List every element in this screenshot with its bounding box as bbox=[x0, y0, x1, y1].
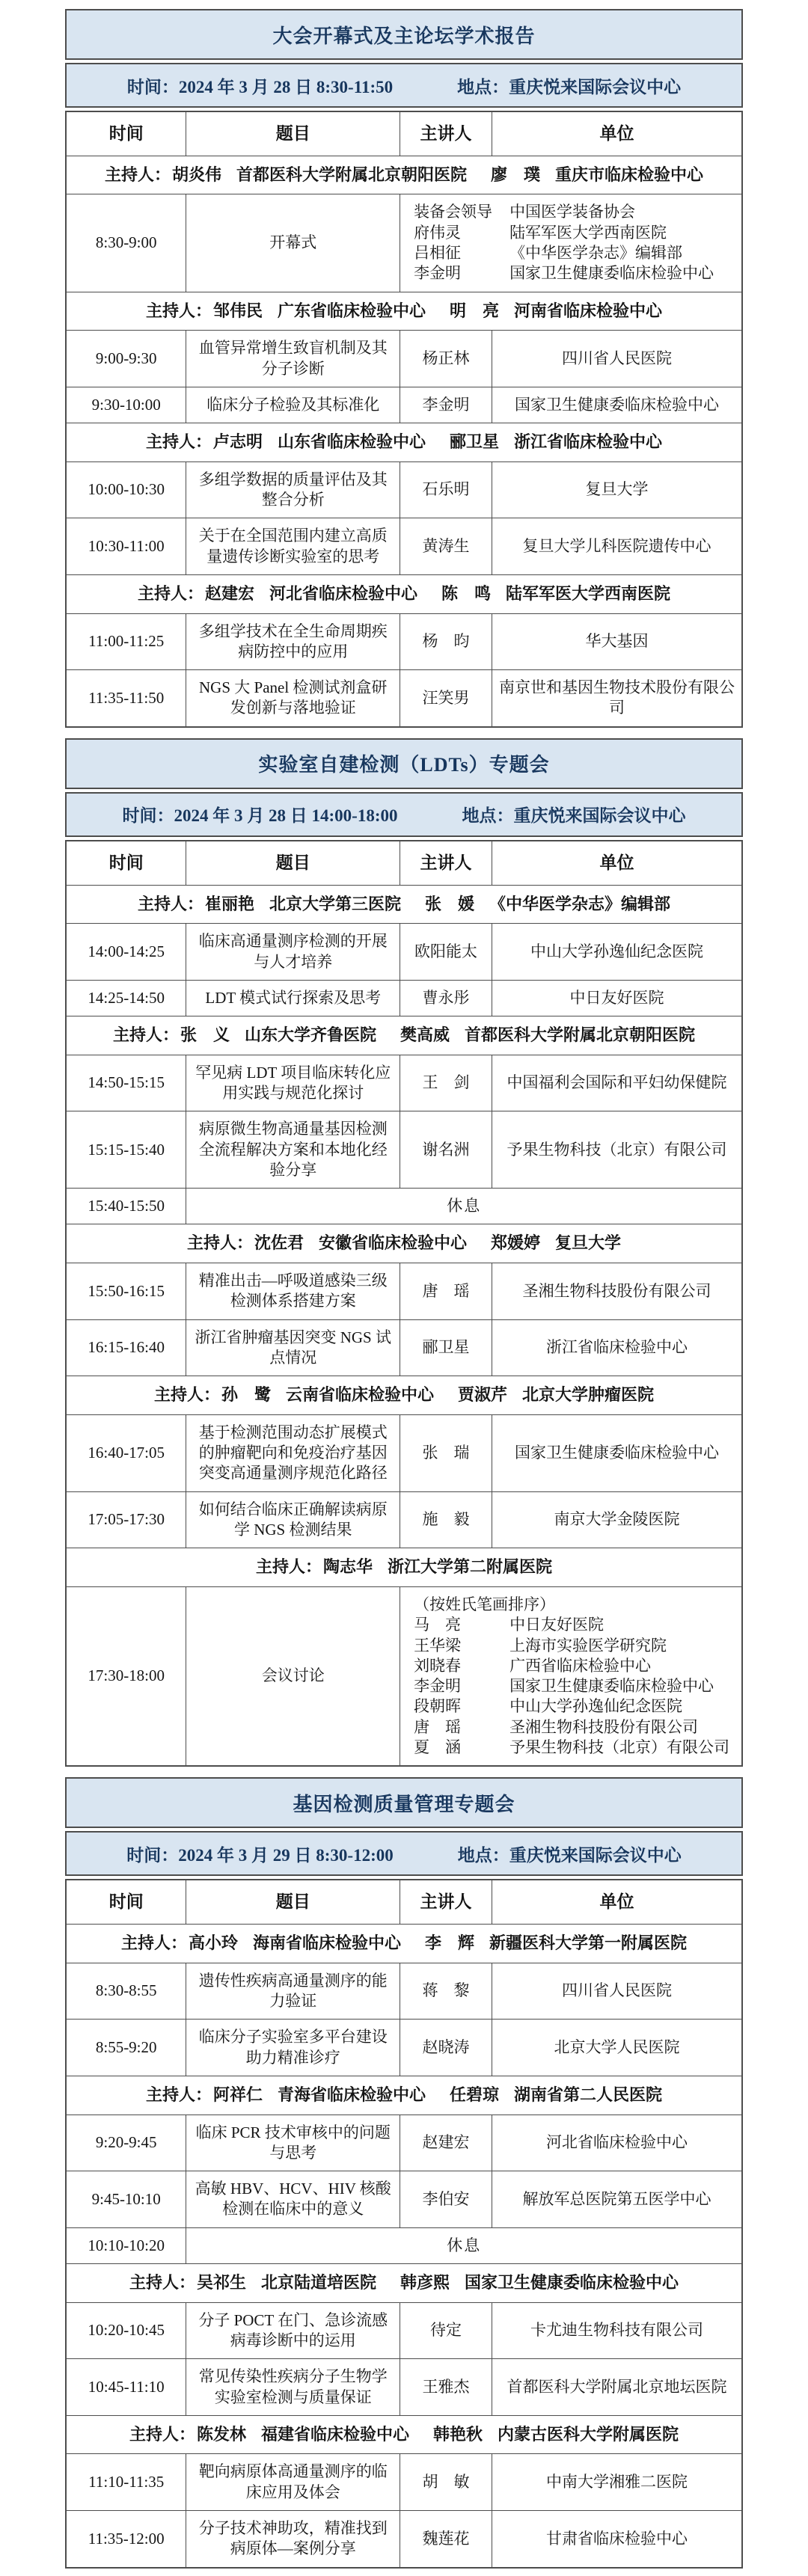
chair-cell: 主持人：高小玲海南省临床检验中心李 辉新疆医科大学第一附属医院 bbox=[66, 1925, 742, 1963]
column-header-2: 主讲人 bbox=[400, 111, 492, 156]
chair-cell: 主持人：胡炎伟首都医科大学附属北京朝阳医院廖 璞重庆市临床检验中心 bbox=[66, 156, 742, 194]
chair-pair: 李 辉新疆医科大学第一附属医院 bbox=[425, 1933, 687, 1952]
chair-pair: 邹伟民广东省临床检验中心 bbox=[213, 301, 426, 320]
speaker-name: 府伟灵 bbox=[414, 223, 509, 243]
session-time: 10:00-10:30 bbox=[66, 461, 186, 518]
session-title: 临床分子检验及其标准化 bbox=[186, 387, 400, 423]
chair-cell: 主持人：陈发林福建省临床检验中心韩艳秋内蒙古医科大学附属医院 bbox=[66, 2415, 742, 2454]
section-title: 实验室自建检测（LDTs）专题会 bbox=[65, 738, 743, 789]
column-header-3: 单位 bbox=[492, 111, 743, 156]
session-row: 10:30-11:00关于在全国范围内建立高质量遗传诊断实验室的思考黄涛生复旦大… bbox=[66, 518, 742, 575]
session-row: 9:45-10:10高敏 HBV、HCV、HIV 核酸检测在临床中的意义李伯安解… bbox=[66, 2171, 742, 2228]
location-value: 重庆悦来国际会议中心 bbox=[509, 1846, 682, 1865]
chair-name: 陈 鸣 bbox=[441, 584, 491, 603]
chair-affiliation: 福建省临床检验中心 bbox=[261, 2425, 409, 2444]
column-header-3: 单位 bbox=[492, 1880, 743, 1924]
section-location: 地点：重庆悦来国际会议中心 bbox=[458, 1841, 682, 1866]
session-title: 会议讨论 bbox=[186, 1586, 400, 1766]
session-row: 11:10-11:35靶向病原体高通量测序的临床应用及体会胡 敏中南大学湘雅二医… bbox=[66, 2454, 742, 2511]
chair-pair: 高小玲海南省临床检验中心 bbox=[189, 1933, 401, 1952]
speaker-affiliation: 中日友好医院 bbox=[509, 1615, 737, 1635]
session-organization: 浙江省临床检验中心 bbox=[492, 1319, 743, 1376]
session-speaker: 蒋 黎 bbox=[400, 1963, 492, 2020]
session-row: 14:00-14:25临床高通量测序检测的开展与人才培养欧阳能太中山大学孙逸仙纪… bbox=[66, 924, 742, 981]
session-time: 10:45-11:10 bbox=[66, 2359, 186, 2416]
session-row: 10:20-10:45分子 POCT 在门、急诊流感病毒诊断中的运用待定卡尤迪生… bbox=[66, 2302, 742, 2359]
column-header-0: 时间 bbox=[66, 111, 186, 156]
chair-name: 韩艳秋 bbox=[433, 2425, 483, 2444]
column-header-1: 题目 bbox=[186, 1880, 400, 1924]
chair-prefix: 主持人： bbox=[146, 2085, 212, 2104]
session-organization: 北京大学人民医院 bbox=[492, 2020, 743, 2076]
chair-pair: 崔丽艳北京大学第三医院 bbox=[205, 895, 401, 913]
chair-name: 卢志明 bbox=[213, 432, 263, 451]
session-speaker: 胡 敏 bbox=[400, 2454, 492, 2511]
session-title: 基于检测范围动态扩展模式的肿瘤靶向和免疫治疗基因突变高通量测序规范化路径 bbox=[186, 1414, 400, 1491]
chair-name: 明 亮 bbox=[450, 301, 499, 320]
chair-pair: 孙 鹭云南省临床检验中心 bbox=[221, 1385, 434, 1404]
speaker-affiliation: 陆军军医大学西南医院 bbox=[509, 223, 737, 243]
speaker-affiliation: 国家卫生健康委临床检验中心 bbox=[509, 1676, 737, 1696]
column-header-2: 主讲人 bbox=[400, 1880, 492, 1924]
chair-pair: 郑媛婷复旦大学 bbox=[491, 1233, 621, 1252]
speaker-name: 马 亮 bbox=[414, 1615, 509, 1635]
session-time: 9:30-10:00 bbox=[66, 387, 186, 423]
chair-name: 张 媛 bbox=[425, 895, 474, 913]
session-organization: 首都医科大学附属北京地坛医院 bbox=[492, 2359, 743, 2416]
chair-prefix: 主持人： bbox=[113, 1025, 179, 1044]
time-value: 2024 年 3 月 29 日 8:30-12:00 bbox=[178, 1846, 393, 1865]
section-time: 时间：2024 年 3 月 29 日 8:30-12:00 bbox=[126, 1841, 393, 1866]
time-value: 2024 年 3 月 28 日 8:30-11:50 bbox=[179, 78, 393, 96]
chair-prefix: 主持人： bbox=[138, 895, 203, 913]
session-title: 常见传染性疾病分子生物学实验室检测与质量保证 bbox=[186, 2359, 400, 2416]
session-title: 分子 POCT 在门、急诊流感病毒诊断中的运用 bbox=[186, 2302, 400, 2359]
chair-pair: 贾淑芹北京大学肿瘤医院 bbox=[458, 1385, 654, 1404]
speaker-line: 马 亮中日友好医院 bbox=[414, 1615, 737, 1635]
column-header-3: 单位 bbox=[492, 841, 743, 885]
speaker-line: 吕相征《中华医学杂志》编辑部 bbox=[414, 243, 737, 263]
chair-affiliation: 北京陆道培医院 bbox=[261, 2273, 376, 2292]
chair-affiliation: 重庆市临床检验中心 bbox=[555, 165, 703, 184]
chair-affiliation: 复旦大学 bbox=[555, 1233, 621, 1252]
session-title: 分子技术神助攻，精准找到病原体—案例分享 bbox=[186, 2511, 400, 2568]
location-value: 重庆悦来国际会议中心 bbox=[509, 78, 681, 96]
chair-name: 贾淑芹 bbox=[458, 1385, 507, 1404]
speaker-name: 李金明 bbox=[414, 1676, 509, 1696]
chair-row: 主持人：卢志明山东省临床检验中心郦卫星浙江省临床检验中心 bbox=[66, 423, 742, 462]
session-title: 如何结合临床正确解读病原学 NGS 检测结果 bbox=[186, 1491, 400, 1548]
chair-name: 邹伟民 bbox=[213, 301, 263, 320]
chair-pair: 陈发林福建省临床检验中心 bbox=[197, 2425, 409, 2444]
chair-cell: 主持人：崔丽艳北京大学第三医院张 媛《中华医学杂志》编辑部 bbox=[66, 885, 742, 924]
chair-name: 吴祁生 bbox=[197, 2273, 246, 2292]
chair-row: 主持人：阿祥仁青海省临床检验中心任碧琼湖南省第二人民医院 bbox=[66, 2076, 742, 2115]
session-organization: 解放军总医院第五医学中心 bbox=[492, 2171, 743, 2228]
session-organization: 河北省临床检验中心 bbox=[492, 2115, 743, 2171]
chair-row: 主持人：邹伟民广东省临床检验中心明 亮河南省临床检验中心 bbox=[66, 292, 742, 331]
chair-cell: 主持人：赵建宏河北省临床检验中心陈 鸣陆军军医大学西南医院 bbox=[66, 574, 742, 613]
chair-name: 廖 璞 bbox=[491, 165, 540, 184]
chair-name: 张 义 bbox=[180, 1025, 230, 1044]
chair-pair: 韩彦熙国家卫生健康委临床检验中心 bbox=[400, 2273, 679, 2292]
session-row: 11:35-11:50NGS 大 Panel 检测试剂盒研发创新与落地验证汪笑男… bbox=[66, 670, 742, 727]
chair-affiliation: 新疆医科大学第一附属医院 bbox=[489, 1933, 687, 1952]
chair-row: 主持人：吴祁生北京陆道培医院韩彦熙国家卫生健康委临床检验中心 bbox=[66, 2264, 742, 2303]
chair-cell: 主持人：沈佐君安徽省临床检验中心郑媛婷复旦大学 bbox=[66, 1224, 742, 1263]
session-speaker: 魏莲花 bbox=[400, 2511, 492, 2568]
session-row: 15:50-16:15精准出击—呼吸道感染三级检测体系搭建方案唐 瑶圣湘生物科技… bbox=[66, 1263, 742, 1320]
chair-row: 主持人：胡炎伟首都医科大学附属北京朝阳医院廖 璞重庆市临床检验中心 bbox=[66, 156, 742, 194]
location-label: 地点： bbox=[458, 1846, 509, 1865]
agenda-section-3: 基因检测质量管理专题会时间：2024 年 3 月 29 日 8:30-12:00… bbox=[65, 1777, 743, 2568]
chair-affiliation: 国家卫生健康委临床检验中心 bbox=[465, 2273, 679, 2292]
session-speaker: 待定 bbox=[400, 2302, 492, 2359]
session-organization: 国家卫生健康委临床检验中心 bbox=[492, 1414, 743, 1491]
chair-pair: 廖 璞重庆市临床检验中心 bbox=[491, 165, 703, 184]
speakers-note: （按姓氏笔画排序） bbox=[414, 1595, 737, 1615]
session-title: 靶向病原体高通量测序的临床应用及体会 bbox=[186, 2454, 400, 2511]
session-time: 16:40-17:05 bbox=[66, 1414, 186, 1491]
section-title: 大会开幕式及主论坛学术报告 bbox=[65, 9, 743, 60]
session-row: 14:50-15:15罕见病 LDT 项目临床转化应用实践与规范化探讨王 剑中国… bbox=[66, 1055, 742, 1111]
session-speaker: 王雅杰 bbox=[400, 2359, 492, 2416]
session-time: 8:30-9:00 bbox=[66, 194, 186, 292]
column-header-row: 时间题目主讲人单位 bbox=[66, 111, 742, 156]
session-time: 11:00-11:25 bbox=[66, 613, 186, 670]
session-speaker: 欧阳能太 bbox=[400, 924, 492, 981]
session-speaker: 李伯安 bbox=[400, 2171, 492, 2228]
chair-affiliation: 陆军军医大学西南医院 bbox=[506, 584, 670, 603]
chair-pair: 张 义山东大学齐鲁医院 bbox=[180, 1025, 376, 1044]
speaker-line: 夏 涵予果生物科技（北京）有限公司 bbox=[414, 1738, 737, 1758]
break-cell: 休息 bbox=[186, 2227, 742, 2263]
session-speaker: 施 毅 bbox=[400, 1491, 492, 1548]
section-location: 地点：重庆悦来国际会议中心 bbox=[462, 802, 685, 827]
session-title: 血管异常增生致盲机制及其分子诊断 bbox=[186, 331, 400, 387]
session-speaker: 曹永彤 bbox=[400, 980, 492, 1016]
session-row: 8:30-9:00开幕式装备会领导中国医学装备协会府伟灵陆军军医大学西南医院吕相… bbox=[66, 194, 742, 292]
session-time: 15:15-15:40 bbox=[66, 1111, 186, 1189]
session-organization: 予果生物科技（北京）有限公司 bbox=[492, 1111, 743, 1189]
chair-affiliation: 浙江省临床检验中心 bbox=[514, 432, 662, 451]
session-row: 11:35-12:00分子技术神助攻，精准找到病原体—案例分享魏莲花甘肃省临床检… bbox=[66, 2511, 742, 2568]
session-speaker: 唐 瑶 bbox=[400, 1263, 492, 1320]
chair-prefix: 主持人： bbox=[256, 1557, 322, 1576]
session-row: 10:45-11:10常见传染性疾病分子生物学实验室检测与质量保证王雅杰首都医科… bbox=[66, 2359, 742, 2416]
chair-affiliation: 内蒙古医科大学附属医院 bbox=[498, 2425, 679, 2444]
session-row: 15:15-15:40病原微生物高通量基因检测全流程解决方案和本地化经验分享谢名… bbox=[66, 1111, 742, 1189]
chair-prefix: 主持人： bbox=[146, 301, 212, 320]
location-label: 地点： bbox=[462, 806, 513, 825]
session-row: 8:30-8:55遗传性疾病高通量测序的能力验证蒋 黎四川省人民医院 bbox=[66, 1963, 742, 2020]
session-row: 8:55-9:20临床分子实验室多平台建设助力精准诊疗赵晓涛北京大学人民医院 bbox=[66, 2020, 742, 2076]
chair-name: 任碧琼 bbox=[450, 2085, 499, 2104]
section-title: 基因检测质量管理专题会 bbox=[65, 1777, 743, 1828]
chair-row: 主持人：赵建宏河北省临床检验中心陈 鸣陆军军医大学西南医院 bbox=[66, 574, 742, 613]
session-row: 16:40-17:05基于检测范围动态扩展模式的肿瘤靶向和免疫治疗基因突变高通量… bbox=[66, 1414, 742, 1491]
speaker-name: 刘晓春 bbox=[414, 1656, 509, 1676]
speaker-line: 段朝晖中山大学孙逸仙纪念医院 bbox=[414, 1696, 737, 1717]
chair-pair: 郦卫星浙江省临床检验中心 bbox=[450, 432, 662, 451]
chair-prefix: 主持人： bbox=[129, 2425, 195, 2444]
session-title: 临床分子实验室多平台建设助力精准诊疗 bbox=[186, 2020, 400, 2076]
session-organization: 中国福利会国际和平妇幼保健院 bbox=[492, 1055, 743, 1111]
time-label: 时间： bbox=[126, 1846, 178, 1865]
chair-cell: 主持人：卢志明山东省临床检验中心郦卫星浙江省临床检验中心 bbox=[66, 423, 742, 462]
speaker-line: 李金明国家卫生健康委临床检验中心 bbox=[414, 263, 737, 283]
session-organization: 国家卫生健康委临床检验中心 bbox=[492, 387, 743, 423]
session-title: 浙江省肿瘤基因突变 NGS 试点情况 bbox=[186, 1319, 400, 1376]
session-row: 9:20-9:45临床 PCR 技术审核中的问题与思考赵建宏河北省临床检验中心 bbox=[66, 2115, 742, 2171]
session-time: 16:15-16:40 bbox=[66, 1319, 186, 1376]
column-header-2: 主讲人 bbox=[400, 841, 492, 885]
speaker-affiliation: 上海市实验医学研究院 bbox=[509, 1636, 737, 1656]
chair-affiliation: 海南省临床检验中心 bbox=[253, 1933, 401, 1952]
session-speaker: 赵建宏 bbox=[400, 2115, 492, 2171]
chair-prefix: 主持人： bbox=[154, 1385, 220, 1404]
speaker-name: 李金明 bbox=[414, 263, 509, 283]
time-label: 时间： bbox=[123, 806, 174, 825]
session-time: 15:50-16:15 bbox=[66, 1263, 186, 1320]
chair-cell: 主持人：张 义山东大学齐鲁医院樊高威首都医科大学附属北京朝阳医院 bbox=[66, 1016, 742, 1055]
speaker-name: 吕相征 bbox=[414, 243, 509, 263]
speakers-cell: 装备会领导中国医学装备协会府伟灵陆军军医大学西南医院吕相征《中华医学杂志》编辑部… bbox=[400, 194, 742, 292]
chair-pair: 卢志明山东省临床检验中心 bbox=[213, 432, 426, 451]
agenda-section-2: 实验室自建检测（LDTs）专题会时间：2024 年 3 月 28 日 14:00… bbox=[65, 738, 743, 1767]
chair-row: 主持人：陈发林福建省临床检验中心韩艳秋内蒙古医科大学附属医院 bbox=[66, 2415, 742, 2454]
chair-pair: 樊高威首都医科大学附属北京朝阳医院 bbox=[400, 1025, 695, 1044]
session-speaker: 张 瑞 bbox=[400, 1414, 492, 1491]
speaker-line: 府伟灵陆军军医大学西南医院 bbox=[414, 223, 737, 243]
session-row: 17:30-18:00会议讨论（按姓氏笔画排序）马 亮中日友好医院王华梁上海市实… bbox=[66, 1586, 742, 1766]
session-title: 开幕式 bbox=[186, 194, 400, 292]
break-cell: 休息 bbox=[186, 1189, 742, 1224]
chair-cell: 主持人：邹伟民广东省临床检验中心明 亮河南省临床检验中心 bbox=[66, 292, 742, 331]
session-organization: 中山大学孙逸仙纪念医院 bbox=[492, 924, 743, 981]
chair-prefix: 主持人： bbox=[138, 584, 203, 603]
chair-affiliation: 云南省临床检验中心 bbox=[286, 1385, 434, 1404]
speaker-name: 唐 瑶 bbox=[414, 1717, 509, 1738]
session-row: 10:00-10:30多组学数据的质量评估及其整合分析石乐明复旦大学 bbox=[66, 461, 742, 518]
session-time: 14:25-14:50 bbox=[66, 980, 186, 1016]
speaker-affiliation: 《中华医学杂志》编辑部 bbox=[509, 243, 737, 263]
chair-name: 韩彦熙 bbox=[400, 2273, 450, 2292]
agenda-section-1: 大会开幕式及主论坛学术报告时间：2024 年 3 月 28 日 8:30-11:… bbox=[65, 9, 743, 728]
chair-cell: 主持人：吴祁生北京陆道培医院韩彦熙国家卫生健康委临床检验中心 bbox=[66, 2264, 742, 2303]
session-title: 遗传性疾病高通量测序的能力验证 bbox=[186, 1963, 400, 2020]
chair-name: 郦卫星 bbox=[450, 432, 499, 451]
speaker-affiliation: 予果生物科技（北京）有限公司 bbox=[509, 1738, 737, 1758]
session-title: 临床高通量测序检测的开展与人才培养 bbox=[186, 924, 400, 981]
session-row: 11:00-11:25多组学技术在全生命周期疾病防控中的应用杨 昀华大基因 bbox=[66, 613, 742, 670]
chair-affiliation: 山东大学齐鲁医院 bbox=[245, 1025, 376, 1044]
session-time: 10:10-10:20 bbox=[66, 2227, 186, 2263]
chair-pair: 胡炎伟首都医科大学附属北京朝阳医院 bbox=[172, 165, 467, 184]
chair-cell: 主持人：陶志华浙江大学第二附属医院 bbox=[66, 1548, 742, 1587]
chair-name: 孙 鹭 bbox=[221, 1385, 271, 1404]
speaker-name: 装备会领导 bbox=[414, 202, 509, 222]
chair-affiliation: 青海省临床检验中心 bbox=[278, 2085, 426, 2104]
session-title: 高敏 HBV、HCV、HIV 核酸检测在临床中的意义 bbox=[186, 2171, 400, 2228]
chair-prefix: 主持人： bbox=[121, 1933, 187, 1952]
chair-affiliation: 浙江大学第二附属医院 bbox=[388, 1557, 552, 1576]
session-organization: 卡尤迪生物科技有限公司 bbox=[492, 2302, 743, 2359]
conference-agenda-document: 大会开幕式及主论坛学术报告时间：2024 年 3 月 28 日 8:30-11:… bbox=[65, 9, 743, 2569]
section-location: 地点：重庆悦来国际会议中心 bbox=[457, 73, 681, 98]
session-time: 8:30-8:55 bbox=[66, 1963, 186, 2020]
chair-name: 阿祥仁 bbox=[213, 2085, 263, 2104]
chair-cell: 主持人：阿祥仁青海省临床检验中心任碧琼湖南省第二人民医院 bbox=[66, 2076, 742, 2115]
session-time: 17:05-17:30 bbox=[66, 1491, 186, 1548]
agenda-table: 时间题目主讲人单位主持人：崔丽艳北京大学第三医院张 媛《中华医学杂志》编辑部14… bbox=[65, 840, 743, 1767]
session-organization: 四川省人民医院 bbox=[492, 1963, 743, 2020]
chair-prefix: 主持人： bbox=[146, 432, 212, 451]
chair-affiliation: 河北省临床检验中心 bbox=[269, 584, 417, 603]
chair-row: 主持人：崔丽艳北京大学第三医院张 媛《中华医学杂志》编辑部 bbox=[66, 885, 742, 924]
session-organization: 华大基因 bbox=[492, 613, 743, 670]
session-time: 9:00-9:30 bbox=[66, 331, 186, 387]
session-row: 14:25-14:50LDT 模式试行探索及思考曹永彤中日友好医院 bbox=[66, 980, 742, 1016]
agenda-table: 时间题目主讲人单位主持人：胡炎伟首都医科大学附属北京朝阳医院廖 璞重庆市临床检验… bbox=[65, 111, 743, 728]
chair-affiliation: 广东省临床检验中心 bbox=[278, 301, 426, 320]
chair-pair: 陶志华浙江大学第二附属医院 bbox=[323, 1557, 552, 1576]
session-title: 病原微生物高通量基因检测全流程解决方案和本地化经验分享 bbox=[186, 1111, 400, 1189]
chair-row: 主持人：高小玲海南省临床检验中心李 辉新疆医科大学第一附属医院 bbox=[66, 1925, 742, 1963]
chair-pair: 沈佐君安徽省临床检验中心 bbox=[254, 1233, 467, 1252]
chair-pair: 陈 鸣陆军军医大学西南医院 bbox=[441, 584, 670, 603]
section-time: 时间：2024 年 3 月 28 日 14:00-18:00 bbox=[123, 802, 398, 827]
speaker-line: 装备会领导中国医学装备协会 bbox=[414, 202, 737, 222]
session-organization: 中日友好医院 bbox=[492, 980, 743, 1016]
session-time: 15:40-15:50 bbox=[66, 1189, 186, 1224]
session-organization: 甘肃省临床检验中心 bbox=[492, 2511, 743, 2568]
session-organization: 中南大学湘雅二医院 bbox=[492, 2454, 743, 2511]
speaker-name: 段朝晖 bbox=[414, 1696, 509, 1717]
chair-prefix: 主持人： bbox=[129, 2273, 195, 2292]
speaker-affiliation: 中山大学孙逸仙纪念医院 bbox=[509, 1696, 737, 1717]
speaker-name: 夏 涵 bbox=[414, 1738, 509, 1758]
session-organization: 四川省人民医院 bbox=[492, 331, 743, 387]
session-time: 11:35-11:50 bbox=[66, 670, 186, 727]
chair-pair: 张 媛《中华医学杂志》编辑部 bbox=[425, 895, 670, 913]
chair-affiliation: 首都医科大学附属北京朝阳医院 bbox=[465, 1025, 695, 1044]
speaker-line: 刘晓春广西省临床检验中心 bbox=[414, 1656, 737, 1676]
speaker-line: 王华梁上海市实验医学研究院 bbox=[414, 1636, 737, 1656]
chair-row: 主持人：孙 鹭云南省临床检验中心贾淑芹北京大学肿瘤医院 bbox=[66, 1376, 742, 1415]
chair-name: 崔丽艳 bbox=[205, 895, 254, 913]
section-schedule-bar: 时间：2024 年 3 月 29 日 8:30-12:00地点：重庆悦来国际会议… bbox=[65, 1831, 743, 1876]
chair-prefix: 主持人： bbox=[187, 1233, 253, 1252]
chair-name: 李 辉 bbox=[425, 1933, 474, 1952]
agenda-table: 时间题目主讲人单位主持人：高小玲海南省临床检验中心李 辉新疆医科大学第一附属医院… bbox=[65, 1879, 743, 2568]
session-time: 14:00-14:25 bbox=[66, 924, 186, 981]
chair-name: 沈佐君 bbox=[254, 1233, 304, 1252]
chair-name: 樊高威 bbox=[400, 1025, 450, 1044]
break-row: 10:10-10:20休息 bbox=[66, 2227, 742, 2263]
chair-affiliation: 湖南省第二人民医院 bbox=[514, 2085, 662, 2104]
chair-prefix: 主持人： bbox=[105, 165, 171, 184]
session-time: 17:30-18:00 bbox=[66, 1586, 186, 1766]
column-header-1: 题目 bbox=[186, 841, 400, 885]
session-speaker: 黄涛生 bbox=[400, 518, 492, 575]
session-title: 临床 PCR 技术审核中的问题与思考 bbox=[186, 2115, 400, 2171]
section-schedule-bar: 时间：2024 年 3 月 28 日 14:00-18:00地点：重庆悦来国际会… bbox=[65, 792, 743, 837]
chair-name: 胡炎伟 bbox=[172, 165, 221, 184]
chair-affiliation: 河南省临床检验中心 bbox=[514, 301, 662, 320]
session-row: 9:30-10:00临床分子检验及其标准化李金明国家卫生健康委临床检验中心 bbox=[66, 387, 742, 423]
chair-name: 赵建宏 bbox=[205, 584, 254, 603]
chair-affiliation: 《中华医学杂志》编辑部 bbox=[489, 895, 670, 913]
chair-pair: 明 亮河南省临床检验中心 bbox=[450, 301, 662, 320]
session-organization: 复旦大学儿科医院遗传中心 bbox=[492, 518, 743, 575]
session-speaker: 汪笑男 bbox=[400, 670, 492, 727]
session-title: 罕见病 LDT 项目临床转化应用实践与规范化探讨 bbox=[186, 1055, 400, 1111]
column-header-row: 时间题目主讲人单位 bbox=[66, 841, 742, 885]
session-time: 8:55-9:20 bbox=[66, 2020, 186, 2076]
session-title: 精准出击—呼吸道感染三级检测体系搭建方案 bbox=[186, 1263, 400, 1320]
session-time: 10:20-10:45 bbox=[66, 2302, 186, 2359]
session-time: 10:30-11:00 bbox=[66, 518, 186, 575]
session-organization: 复旦大学 bbox=[492, 461, 743, 518]
break-row: 15:40-15:50休息 bbox=[66, 1189, 742, 1224]
chair-affiliation: 北京大学肿瘤医院 bbox=[522, 1385, 654, 1404]
chair-name: 郑媛婷 bbox=[491, 1233, 540, 1252]
time-label: 时间： bbox=[127, 78, 179, 96]
chair-pair: 吴祁生北京陆道培医院 bbox=[197, 2273, 376, 2292]
column-header-row: 时间题目主讲人单位 bbox=[66, 1880, 742, 1924]
section-time: 时间：2024 年 3 月 28 日 8:30-11:50 bbox=[127, 73, 393, 98]
speaker-affiliation: 中国医学装备协会 bbox=[509, 202, 737, 222]
session-time: 11:10-11:35 bbox=[66, 2454, 186, 2511]
session-row: 17:05-17:30如何结合临床正确解读病原学 NGS 检测结果施 毅南京大学… bbox=[66, 1491, 742, 1548]
session-time: 14:50-15:15 bbox=[66, 1055, 186, 1111]
session-time: 11:35-12:00 bbox=[66, 2511, 186, 2568]
chair-row: 主持人：陶志华浙江大学第二附属医院 bbox=[66, 1548, 742, 1587]
session-title: 多组学数据的质量评估及其整合分析 bbox=[186, 461, 400, 518]
chair-affiliation: 安徽省临床检验中心 bbox=[319, 1233, 467, 1252]
chair-row: 主持人：沈佐君安徽省临床检验中心郑媛婷复旦大学 bbox=[66, 1224, 742, 1263]
session-time: 9:20-9:45 bbox=[66, 2115, 186, 2171]
column-header-0: 时间 bbox=[66, 841, 186, 885]
section-schedule-bar: 时间：2024 年 3 月 28 日 8:30-11:50地点：重庆悦来国际会议… bbox=[65, 63, 743, 108]
chair-row: 主持人：张 义山东大学齐鲁医院樊高威首都医科大学附属北京朝阳医院 bbox=[66, 1016, 742, 1055]
session-row: 9:00-9:30血管异常增生致盲机制及其分子诊断杨正林四川省人民医院 bbox=[66, 331, 742, 387]
session-title: 关于在全国范围内建立高质量遗传诊断实验室的思考 bbox=[186, 518, 400, 575]
session-title: NGS 大 Panel 检测试剂盒研发创新与落地验证 bbox=[186, 670, 400, 727]
speaker-line: 唐 瑶圣湘生物科技股份有限公司 bbox=[414, 1717, 737, 1738]
chair-name: 陶志华 bbox=[323, 1557, 373, 1576]
chair-name: 高小玲 bbox=[189, 1933, 238, 1952]
chair-pair: 阿祥仁青海省临床检验中心 bbox=[213, 2085, 426, 2104]
session-title: 多组学技术在全生命周期疾病防控中的应用 bbox=[186, 613, 400, 670]
session-speaker: 赵晓涛 bbox=[400, 2020, 492, 2076]
session-organization: 南京世和基因生物技术股份有限公司 bbox=[492, 670, 743, 727]
chair-affiliation: 北京大学第三医院 bbox=[269, 895, 401, 913]
session-speaker: 郦卫星 bbox=[400, 1319, 492, 1376]
chair-cell: 主持人：孙 鹭云南省临床检验中心贾淑芹北京大学肿瘤医院 bbox=[66, 1376, 742, 1415]
session-speaker: 李金明 bbox=[400, 387, 492, 423]
speaker-name: 王华梁 bbox=[414, 1636, 509, 1656]
chair-pair: 赵建宏河北省临床检验中心 bbox=[205, 584, 417, 603]
speaker-affiliation: 广西省临床检验中心 bbox=[509, 1656, 737, 1676]
session-organization: 南京大学金陵医院 bbox=[492, 1491, 743, 1548]
session-speaker: 王 剑 bbox=[400, 1055, 492, 1111]
column-header-1: 题目 bbox=[186, 111, 400, 156]
session-speaker: 谢名洲 bbox=[400, 1111, 492, 1189]
speakers-cell: （按姓氏笔画排序）马 亮中日友好医院王华梁上海市实验医学研究院刘晓春广西省临床检… bbox=[400, 1586, 742, 1766]
session-title: LDT 模式试行探索及思考 bbox=[186, 980, 400, 1016]
